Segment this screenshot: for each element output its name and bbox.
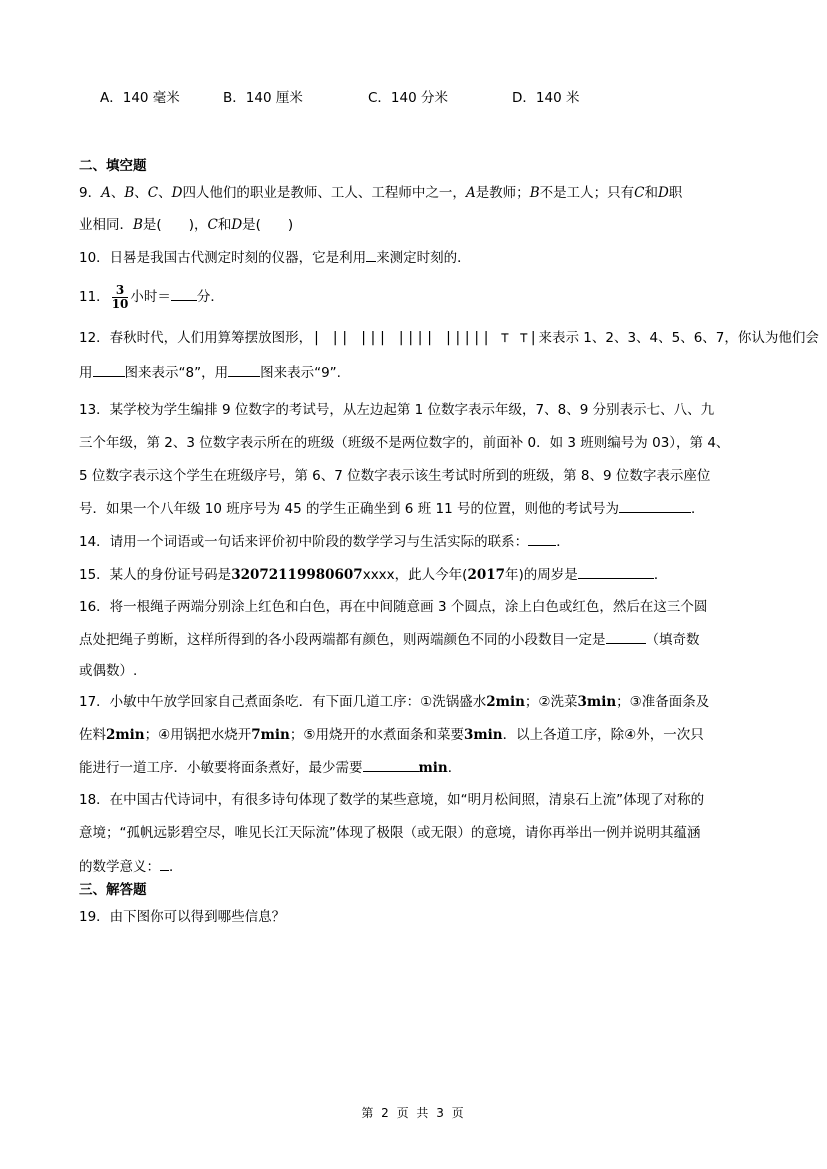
var-d: D [658,185,669,201]
var-a: A [101,185,111,201]
id-number: 32072119980607 [231,567,363,583]
q13-line3: 5 位数字表示这个学生在班级序号，第 6、7 位数字表示该生考试时所到的班级，第… [79,466,710,486]
q9-line1: 9．A、B、C、D四人他们的职业是教师、工人、工程师中之一，A是教师；B不是工人… [79,183,682,203]
q16-line1: 16．将一根绳子两端分别涂上红色和白色，再在中间随意画 3 个圆点，涂上白色或红… [79,597,707,617]
option-b: B．140 厘米 [223,86,303,106]
text: 佐料 [79,727,106,743]
text: ． [654,567,668,583]
answer-blank [578,564,654,579]
answer-blank-9 [228,362,260,377]
text: ；②洗菜 [525,694,578,710]
numerator: 3 [112,284,129,298]
text: 不是工人；只有 [540,185,635,201]
text: ． [169,859,183,875]
text: 的数学意义： [79,859,160,875]
q17-line2: 佐料2min；④用锅把水烧开7min；⑤用烧开的水煮面条和菜要3min．以上各道… [79,725,704,745]
q17-line3: 能进行一道工序．小敏要将面条煮好，最少需要min． [79,757,461,778]
text: 14．请用一个词语或一句话来评价初中阶段的数学学习与生活实际的联系： [79,534,528,550]
text: 分． [197,289,224,305]
text: ． [448,760,462,776]
year: 2017 [467,567,505,583]
text: 和 [218,217,232,233]
text: 小时＝ [130,289,171,305]
counting-rods-figure: | || ||| |||| ||||| ⊤ ⊤| [312,330,538,346]
page-footer: 第 2 页 共 3 页 [0,1104,827,1121]
q8-options: A．140 毫米 B．140 厘米 C．140 分米 D．140 米 [100,86,700,106]
var-b: B [133,217,143,233]
text: 点处把绳子剪断，这样所得到的各小段两端都有颜色，则两端颜色不同的小段数目一定是 [79,632,606,648]
text: 来测定时刻的． [376,250,471,266]
var-b: B [530,185,540,201]
text: 业相同． [79,217,133,233]
q12-line2: 用图来表示“8”，用图来表示“9”. [79,362,341,383]
q9-line2: 业相同．B是( )，C和D是( ) [79,215,293,235]
answer-blank [606,629,646,644]
var-a: A [466,185,476,201]
answer-blank [363,757,419,772]
unit: min [419,760,448,776]
q16-line2: 点处把绳子剪断，这样所得到的各小段两端都有颜色，则两端颜色不同的小段数目一定是（… [79,629,700,650]
text: 职 [669,185,683,201]
option-c: C．140 分米 [368,86,448,106]
text: 图来表示“8”，用 [125,365,229,381]
q15: 15．某人的身份证号码是32072119980607xxxx，此人今年(2017… [79,564,667,585]
var-d: D [172,185,183,201]
text: 用 [79,365,93,381]
answer-blank [619,498,691,513]
text: 四人他们的职业是教师、工人、工程师中之一， [182,185,466,201]
time: 7min [251,727,290,743]
q16-line3: 或偶数）. [79,661,137,681]
sep: 、 [158,185,172,201]
text: 图来表示“9”. [260,365,341,381]
time: 3min [464,727,503,743]
var-b: B [124,185,134,201]
sep: 、 [111,185,125,201]
text: ；⑤用烧开的水煮面条和菜要 [290,727,464,743]
var-c: C [634,185,644,201]
section-answer-title: 三、解答题 [79,880,147,900]
option-a: A．140 毫米 [100,86,180,106]
q11-number: 11． [79,289,110,305]
q11: 11．310小时＝分． [79,282,224,312]
q18-line1: 18．在中国古代诗词中，有很多诗句体现了数学的某些意境，如“明月松间照，清泉石上… [79,790,704,810]
text: 15．某人的身份证号码是 [79,567,231,583]
text: 能进行一道工序．小敏要将面条煮好，最少需要 [79,760,363,776]
text: 17．小敏中午放学回家自己煮面条吃．有下面几道工序：①洗锅盛水 [79,694,486,710]
sep: 、 [134,185,148,201]
answer-blank [171,286,197,301]
text: 是教师； [476,185,530,201]
text: 号．如果一个八年级 10 班序号为 45 的学生正确坐到 6 班 11 号的位置… [79,501,619,517]
text: ． [556,534,570,550]
text: 来表示 1、2、3、4、5、6、7，你认为他们会 [538,330,818,346]
text: 10．日晷是我国古代测定时刻的仪器，它是利用 [79,250,366,266]
section-fill-in-title: 二、填空题 [79,156,147,176]
time: 2min [486,694,525,710]
answer-slot-b: 是( )， [143,217,208,233]
fraction: 310 [112,284,129,311]
option-d: D．140 米 [512,86,579,106]
text: 和 [644,185,658,201]
id-suffix: xxxx [363,567,395,583]
text: 年)的周岁是 [505,567,578,583]
text: ．以上各道工序，除④外，一次只 [503,727,704,743]
time: 3min [578,694,617,710]
text: （填奇数 [646,632,700,648]
q13-line1: 13．某学校为学生编排 9 位数字的考试号，从左边起第 1 位数字表示年级，7、… [79,400,714,420]
text: 12．春秋时代，人们用算筹摆放图形， [79,330,312,346]
q13-line4: 号．如果一个八年级 10 班序号为 45 的学生正确坐到 6 班 11 号的位置… [79,498,704,519]
time: 2min [106,727,145,743]
answer-blank-8 [93,362,125,377]
q10: 10．日晷是我国古代测定时刻的仪器，它是利用来测定时刻的． [79,247,471,268]
answer-slot-cd: 是( ) [242,217,293,233]
q13-line2: 三个年级，第 2、3 位数字表示所在的班级（班级不是两位数字的，前面补 0．如 … [79,433,729,453]
q9-number: 9． [79,185,101,201]
q19: 19．由下图你可以得到哪些信息？ [79,907,285,927]
denominator: 10 [112,298,129,311]
text: ；③准备面条及 [616,694,709,710]
var-d: D [231,217,242,233]
q12-line1: 12．春秋时代，人们用算筹摆放图形，| || ||| |||| ||||| ⊤ … [79,328,819,348]
var-c: C [148,185,158,201]
var-c: C [207,217,217,233]
answer-blank [528,531,556,546]
q18-line2: 意境；“孤帆远影碧空尽，唯见长江天际流”体现了极限（或无限）的意境，请你再举出一… [79,823,701,843]
answer-blank [366,247,376,262]
q14: 14．请用一个词语或一句话来评价初中阶段的数学学习与生活实际的联系：． [79,531,570,552]
q18-line3: 的数学意义：． [79,856,183,877]
text: ． [691,501,705,517]
text: ；④用锅把水烧开 [145,727,252,743]
text: ，此人今年( [395,567,468,583]
answer-blank [160,856,169,871]
q17-line1: 17．小敏中午放学回家自己煮面条吃．有下面几道工序：①洗锅盛水2min；②洗菜3… [79,692,709,712]
